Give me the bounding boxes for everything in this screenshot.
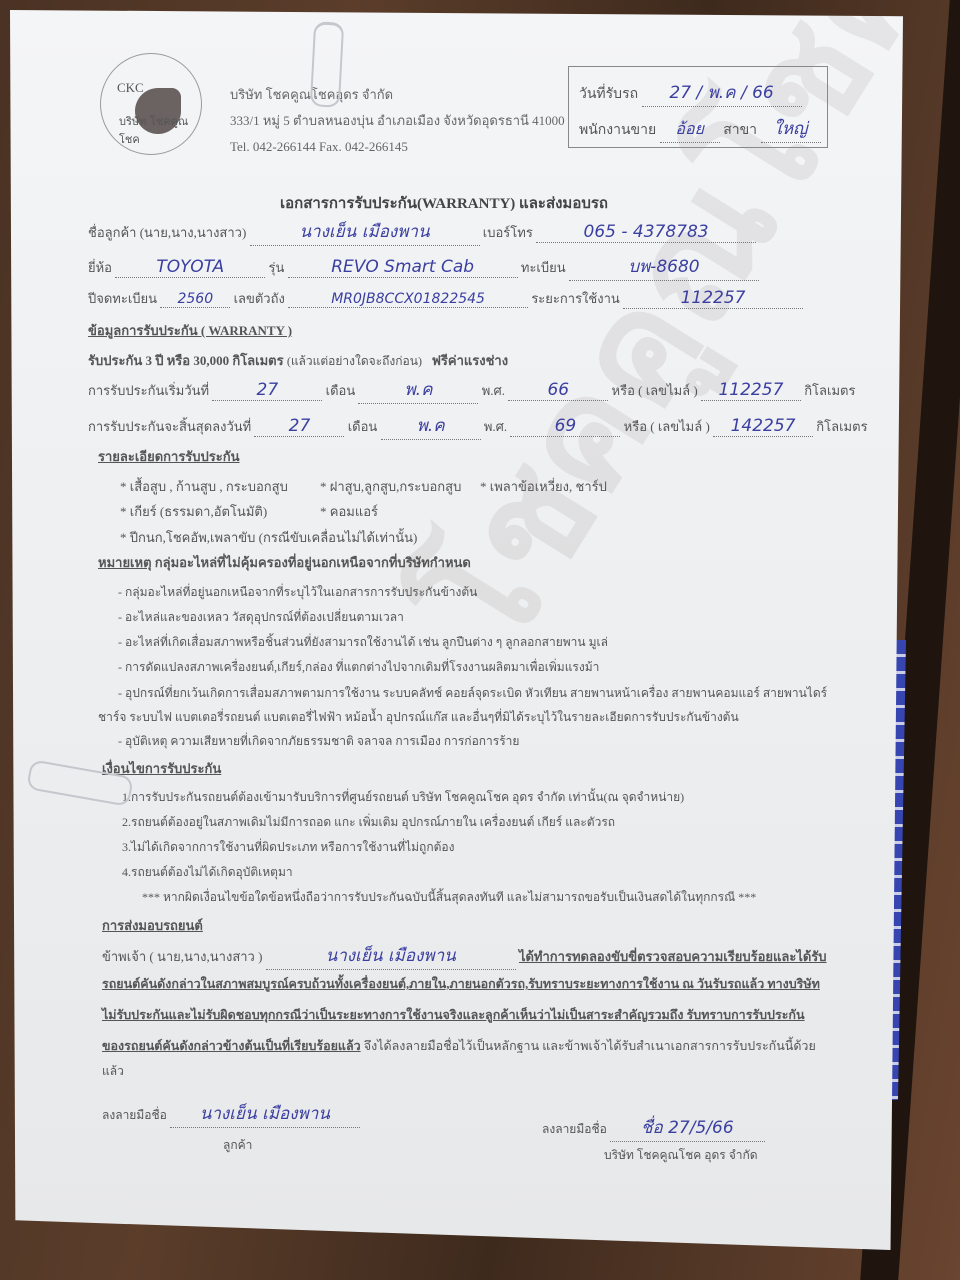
- warranty-free-labor: ฟรีค่าแรงช่าง: [432, 353, 508, 368]
- remarks-heading: หมายเหตุ: [98, 555, 152, 570]
- chassis-label: เลขตัวถัง: [234, 291, 285, 306]
- end-year[interactable]: 69: [510, 416, 620, 437]
- warranty-terms-row: รับประกัน 3 ปี หรือ 30,000 กิโลเมตร (แล้…: [88, 350, 508, 371]
- detail-item: * เพลาข้อเหวี่ยง, ชาร์ป: [480, 476, 607, 497]
- receipt-date-label: วันที่รับรถ: [579, 87, 638, 102]
- logo-arc-text: บริษัท โชคคูณโชค: [119, 112, 201, 148]
- document-title: เอกสารการรับประกัน(WARRANTY) และส่งมอบรถ: [280, 191, 608, 215]
- end-km-label: กิโลเมตร: [816, 419, 867, 434]
- company-logo: CKC บริษัท โชคคูณโชค: [100, 53, 202, 155]
- delivery-text-4b: จึงได้ลงลายมือชื่อไว้เป็นหลักฐาน และข้าพ…: [364, 1039, 816, 1053]
- delivery-row-4: ของรถยนต์คันดังกล่าวข้างต้นเป็นที่เรียบร…: [102, 1036, 816, 1056]
- end-day[interactable]: 27: [254, 416, 344, 437]
- company-signature-row: ลงลายมือชื่อ ชื่อ 27/5/66: [542, 1114, 765, 1142]
- delivery-i-value[interactable]: นางเย็น เมืองพาน: [266, 942, 516, 970]
- remarks-heading-row: หมายเหตุ กลุ่มอะไหล่ที่ไม่คุ้มครองที่อยู…: [98, 552, 471, 573]
- warranty-start-row: การรับประกันเริ่มวันที่ 27 เดือน พ.ค พ.ศ…: [88, 376, 855, 404]
- condition-item: 4.รถยนต์ต้องไม่ได้เกิดอุบัติเหตุมา: [122, 863, 293, 882]
- warranty-end-row: การรับประกันจะสิ้นสุดลงวันที่ 27 เดือน พ…: [88, 412, 868, 440]
- paper-clip-top: [310, 21, 344, 107]
- brand-value[interactable]: TOYOTA: [115, 257, 265, 278]
- customer-sign-label: ลงลายมือชื่อ: [102, 1108, 167, 1122]
- detail-item: * ปีกนก,โชคอัพ,เพลาขับ (กรณีขับเคลื่อนไม…: [120, 527, 417, 548]
- company-sign-label: ลงลายมือชื่อ: [542, 1122, 607, 1136]
- warranty-document: โชคคูณโชค CKC บริษัท โชคคูณโชค บริษัท โช…: [10, 10, 903, 1250]
- receipt-date-value[interactable]: 27 / พ.ค / 66: [642, 79, 802, 107]
- reg-year-value[interactable]: 2560: [160, 291, 230, 308]
- delivery-text-1: ได้ทำการทดลองขับขี่ตรวจสอบความเรียบร้อยแ…: [519, 949, 827, 964]
- remark-item: - อุปกรณ์ที่ยกเว้นเกิดการเสื่อมสภาพตามกา…: [118, 684, 827, 703]
- reg-year-label: ปีจดทะเบียน: [88, 291, 157, 306]
- warranty-terms-note: (แล้วแต่อย่างใดจะถึงก่อน): [287, 354, 422, 368]
- start-label: การรับประกันเริ่มวันที่: [88, 383, 209, 398]
- branch-label: สาขา: [723, 123, 757, 138]
- start-year-label: พ.ศ.: [482, 383, 505, 398]
- delivery-i-label: ข้าพเจ้า ( นาย,นาง,นางสาว ): [102, 949, 262, 964]
- start-mile[interactable]: 112257: [701, 380, 801, 401]
- end-year-label: พ.ศ.: [484, 419, 507, 434]
- remark-item: - อะไหล่ที่เกิดเสื่อมสภาพหรือชิ้นส่วนที่…: [118, 633, 608, 652]
- customer-signature-row: ลงลายมือชื่อ นางเย็น เมืองพาน: [102, 1100, 360, 1128]
- detail-item: * ฝาสูบ,ลูกสูบ,กระบอกสูบ: [320, 476, 461, 497]
- start-km-label: กิโลเมตร: [804, 383, 855, 398]
- delivery-text-4a: ของรถยนต์คันดังกล่าวข้างต้นเป็นที่เรียบร…: [102, 1039, 361, 1053]
- end-month-label: เดือน: [348, 419, 378, 434]
- customer-name-row: ชื่อลูกค้า (นาย,นาง,นางสาว) นางเย็น เมือ…: [88, 218, 756, 246]
- company-phone: Tel. 042-266144 Fax. 042-266145: [230, 134, 565, 160]
- condition-item: 1.การรับประกันรถยนต์ต้องเข้ามารับบริการท…: [122, 788, 684, 807]
- details-heading: รายละเอียดการรับประกัน: [98, 446, 240, 467]
- phone-label: เบอร์โทร: [483, 225, 533, 240]
- start-mile-label: หรือ ( เลขไมล์ ): [612, 383, 698, 398]
- mileage-label: ระยะการใช้งาน: [531, 291, 619, 306]
- condition-item: 3.ไม่ได้เกิดจากการใช้งานที่ผิดประเภท หรื…: [122, 838, 454, 857]
- detail-item: * คอมแอร์: [320, 501, 378, 522]
- conditions-warning: *** หากผิดเงื่อนไขข้อใดข้อหนึ่งถือว่าการ…: [142, 888, 756, 907]
- logo-text: CKC: [117, 80, 144, 96]
- start-year[interactable]: 66: [508, 380, 608, 401]
- delivery-text-2: รถยนต์คันดังกล่าวในสภาพสมบูรณ์ครบถ้วนทั้…: [102, 974, 820, 994]
- end-label: การรับประกันจะสิ้นสุดลงวันที่: [88, 419, 251, 434]
- phone-value[interactable]: 065 - 4378783: [536, 222, 756, 243]
- start-month-label: เดือน: [326, 383, 356, 398]
- delivery-text-3: ไม่รับประกันและไม่รับผิดชอบทุกกรณีว่าเป็…: [102, 1005, 805, 1025]
- customer-role: ลูกค้า: [223, 1136, 252, 1155]
- plate-value[interactable]: บพ-8680: [569, 253, 759, 281]
- company-signature[interactable]: ชื่อ 27/5/66: [610, 1114, 765, 1142]
- plate-label: ทะเบียน: [521, 260, 566, 275]
- end-mile-label: หรือ ( เลขไมล์ ): [624, 419, 710, 434]
- customer-signature[interactable]: นางเย็น เมืองพาน: [170, 1100, 360, 1128]
- customer-name-value[interactable]: นางเย็น เมืองพาน: [250, 218, 480, 246]
- brand-label: ยี่ห้อ: [88, 260, 112, 275]
- registration-row: ปีจดทะเบียน 2560 เลขตัวถัง MR0JB8CCX0182…: [88, 288, 803, 309]
- company-role: บริษัท โชคคูณโชค อุดร จำกัด: [604, 1146, 758, 1165]
- remark-item: - อะไหล่และของเหลว วัสดุอุปกรณ์ที่ต้องเป…: [118, 608, 404, 627]
- delivery-text-5: แล้ว: [102, 1062, 124, 1081]
- start-month[interactable]: พ.ค: [358, 376, 478, 404]
- condition-item: 2.รถยนต์ต้องอยู่ในสภาพเดิมไม่มีการถอด แก…: [122, 813, 615, 832]
- model-value[interactable]: REVO Smart Cab: [288, 257, 518, 278]
- delivery-row-1: ข้าพเจ้า ( นาย,นาง,นางสาว ) นางเย็น เมือ…: [102, 942, 827, 970]
- branch-value[interactable]: ใหญ่: [761, 115, 821, 143]
- model-label: รุ่น: [269, 260, 285, 275]
- remark-item: - กลุ่มอะไหล่ที่อยู่นอกเหนือจากที่ระบุไว…: [118, 583, 477, 602]
- remarks-heading-rest: กลุ่มอะไหล่ที่ไม่คุ้มครองที่อยู่นอกเหนือ…: [155, 555, 471, 570]
- remark-item: ชาร์จ ระบบไฟ แบตเตอรี่รถยนต์ แบตเตอรี่ไฟ…: [98, 708, 739, 727]
- chassis-value[interactable]: MR0JB8CCX01822545: [288, 291, 528, 308]
- warranty-heading: ข้อมูลการรับประกัน ( WARRANTY ): [88, 320, 292, 341]
- salesperson-value[interactable]: อ้อย: [660, 117, 720, 143]
- start-day[interactable]: 27: [212, 380, 322, 401]
- delivery-heading: การส่งมอบรถยนต์: [102, 915, 203, 936]
- detail-item: * เกียร์ (ธรรมดา,อัตโนมัติ): [120, 501, 267, 522]
- end-month[interactable]: พ.ค: [381, 412, 481, 440]
- receipt-box: วันที่รับรถ 27 / พ.ค / 66 พนักงานขาย อ้อ…: [568, 66, 828, 148]
- remark-item: - การดัดแปลงสภาพเครื่องยนต์,เกียร์,กล่อง…: [118, 658, 599, 677]
- remark-item: - อุบัติเหตุ ความเสียหายที่เกิดจากภัยธรร…: [118, 732, 519, 751]
- vehicle-row: ยี่ห้อ TOYOTA รุ่น REVO Smart Cab ทะเบีย…: [88, 253, 759, 281]
- company-header: บริษัท โชคคูณโชคอุดร จำกัด 333/1 หมู่ 5 …: [230, 82, 565, 160]
- company-address: 333/1 หมู่ 5 ตำบลหนองบุ่น อำเภอเมือง จัง…: [230, 108, 565, 134]
- mileage-value[interactable]: 112257: [623, 288, 803, 309]
- warranty-terms: รับประกัน 3 ปี หรือ 30,000 กิโลเมตร: [88, 353, 284, 368]
- company-name: บริษัท โชคคูณโชคอุดร จำกัด: [230, 82, 565, 108]
- salesperson-label: พนักงานขาย: [579, 123, 656, 138]
- customer-name-label: ชื่อลูกค้า (นาย,นาง,นางสาว): [88, 225, 246, 240]
- detail-item: * เสื้อสูบ , ก้านสูบ , กระบอกสูบ: [120, 476, 288, 497]
- end-mile[interactable]: 142257: [713, 416, 813, 437]
